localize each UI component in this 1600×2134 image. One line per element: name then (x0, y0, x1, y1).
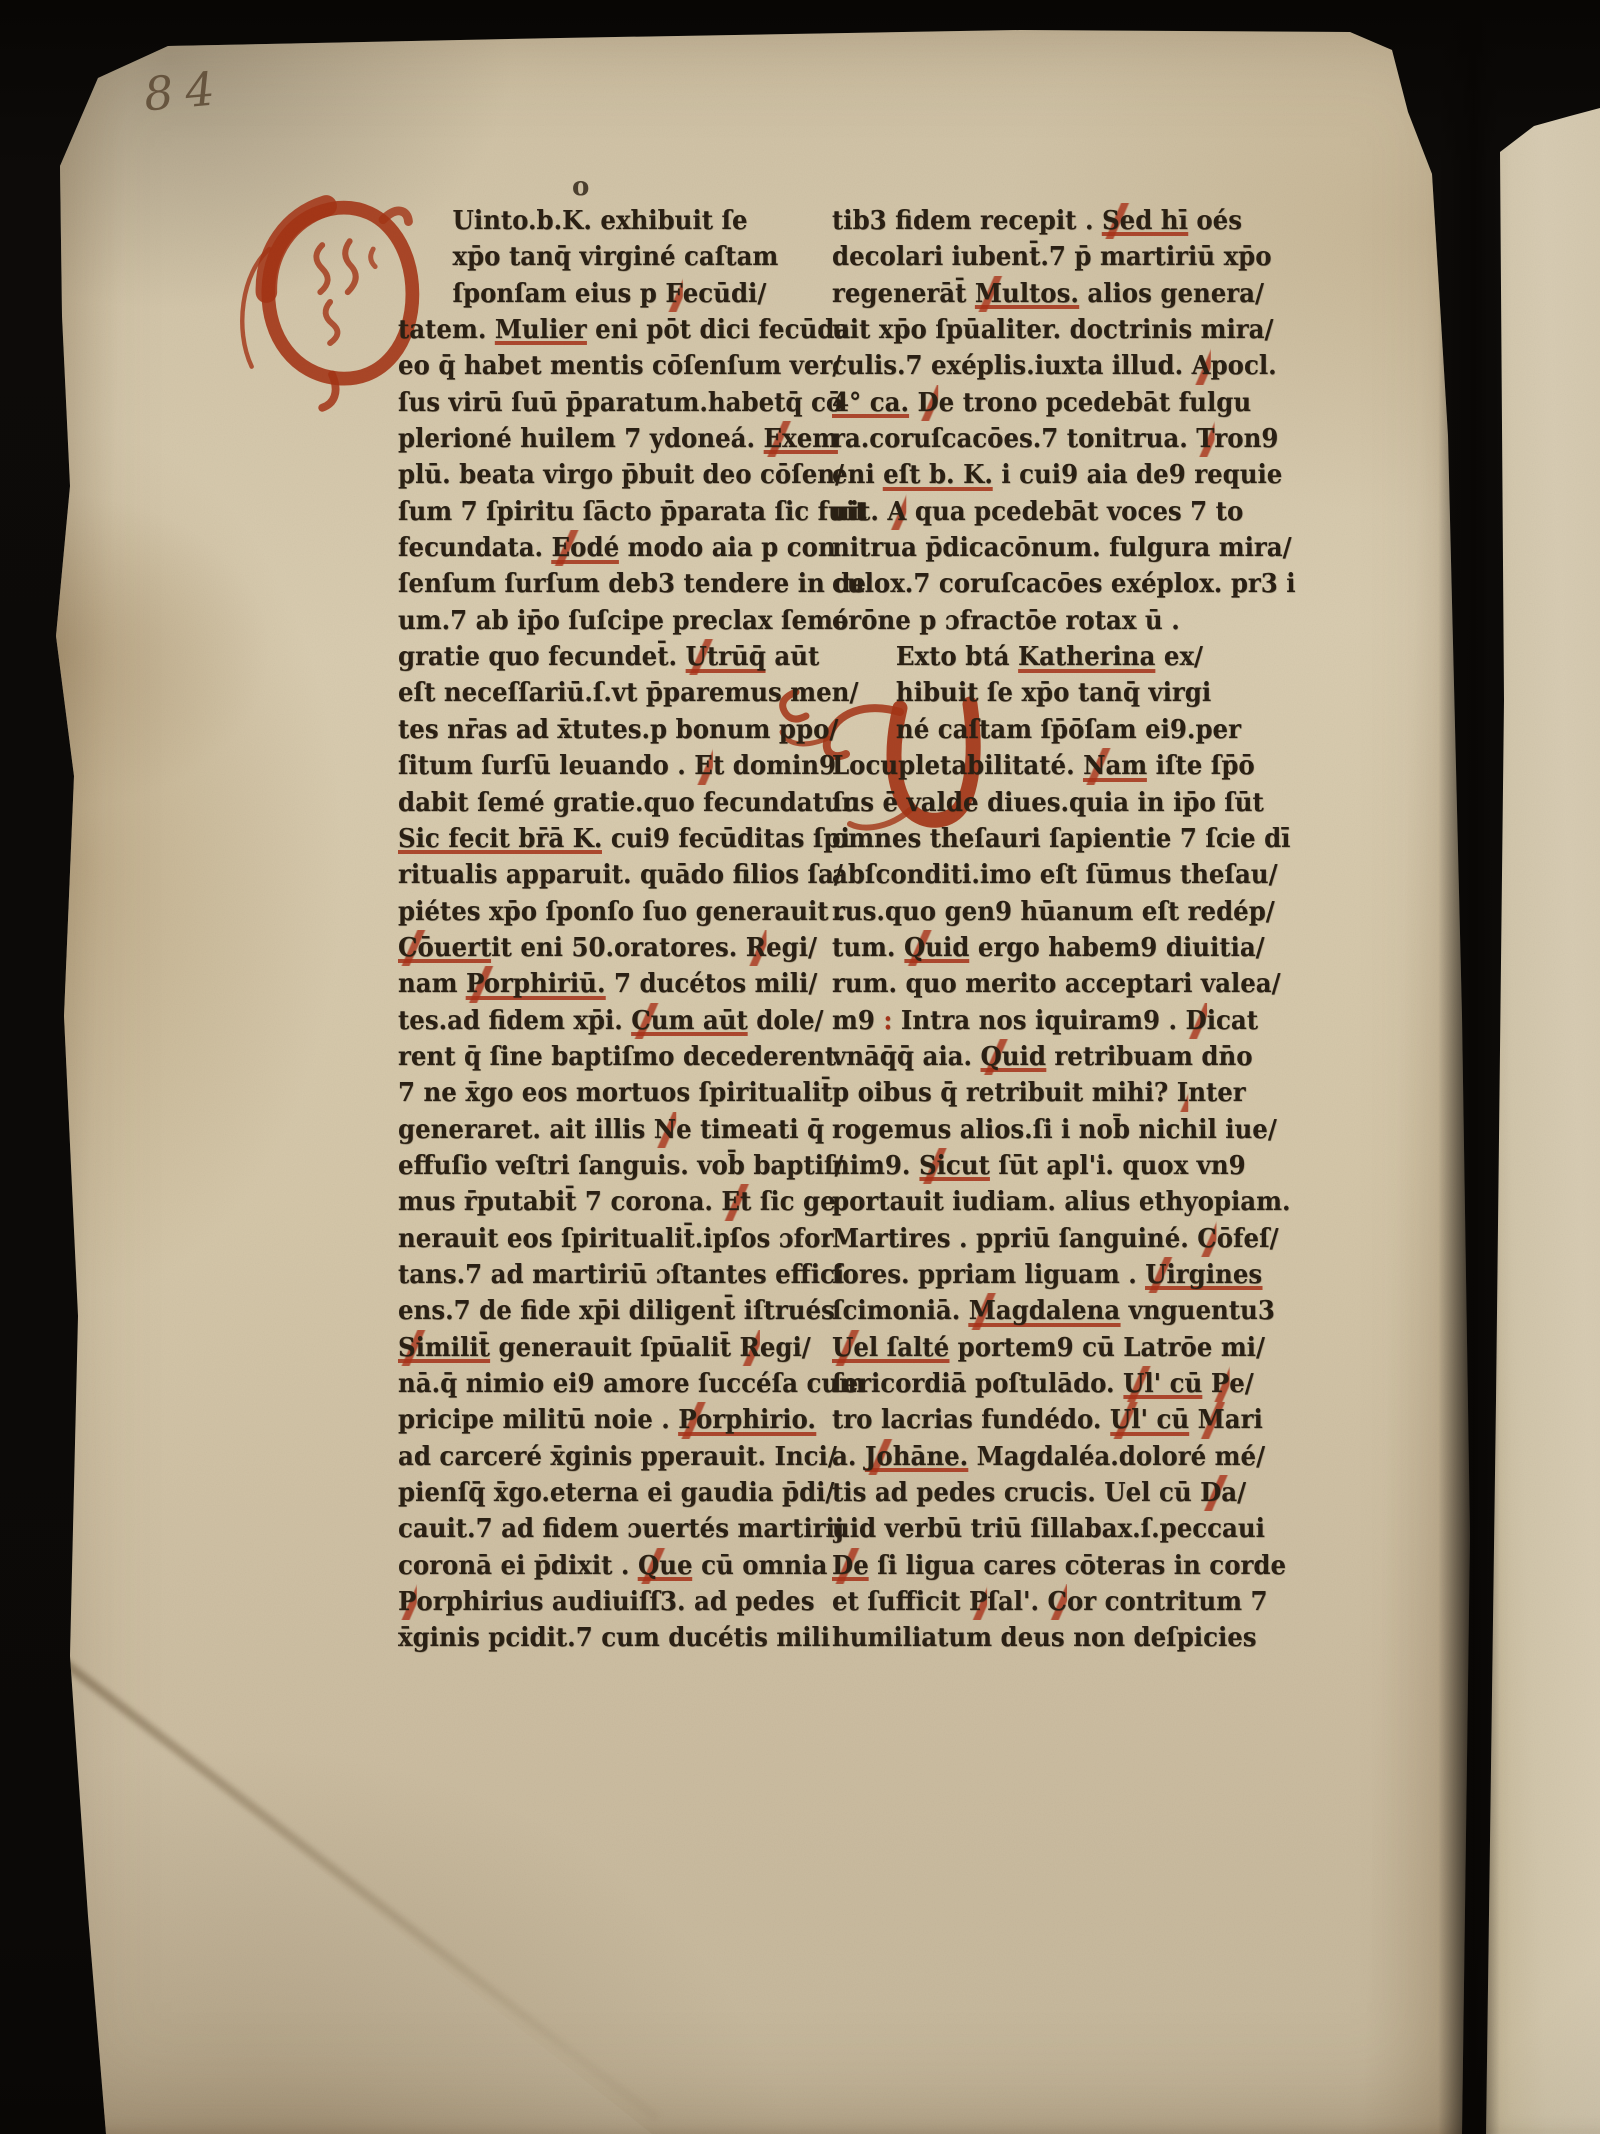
text-line: fecundata. Eodé modo aia p con (398, 530, 867, 566)
text-segment: uid verbū triū ſillabax.ſ.peccaui (832, 1511, 1265, 1547)
text-line: ens.7 de fide xp̄i diligent̄ iſtrués (398, 1293, 867, 1329)
text-segment: P (398, 1584, 416, 1620)
text-segment: ſus virū ſuū p̄paratum.habetq̄ cō (398, 385, 842, 421)
text-segment: Uel ſalté (832, 1330, 949, 1366)
text-line: m9 : Intra nos iquiram9 . Dicat (832, 1003, 1296, 1039)
text-segment: e trono pcedebāt fulgu (939, 385, 1251, 421)
text-line: ſum 7 ſpiritu ſācto p̄parata ſic fuit (398, 494, 867, 530)
text-line: et ſufficit Pſal'. Cor contritum 7 (832, 1584, 1296, 1620)
text-line: piétes xp̄o ſponſo ſuo generauit . (398, 894, 867, 930)
text-line: nim9. Sicut ſūt apl'i. quox vn9 (832, 1148, 1296, 1184)
text-segment: ſericordiā poſtulādo. (832, 1366, 1123, 1402)
text-segment: P (1211, 1366, 1229, 1402)
text-segment: iſte ſp̄ō (1147, 748, 1255, 784)
text-segment: ōfeſ/ (1217, 1221, 1279, 1257)
text-segment: tro lacrias fundédo. (832, 1402, 1110, 1438)
text-segment: D (1185, 1003, 1206, 1039)
text-segment: nam (398, 966, 466, 1002)
text-segment: Cum aūt (631, 1003, 747, 1039)
text-segment: 4° ca. (832, 385, 909, 421)
text-segment: cui9 fecūditas ſpi (602, 821, 849, 857)
text-segment: tans.7 ad martiriū ɔſtantes effici (398, 1257, 844, 1293)
text-segment: aūt (766, 639, 819, 675)
gutter-shadow (1438, 0, 1500, 2134)
text-segment: uit. (832, 494, 887, 530)
text-segment: egi/ (760, 1330, 811, 1366)
text-line: humiliatum deus non deſpicies (832, 1620, 1296, 1656)
text-segment: tis ad pedes crucis. Uel cū (832, 1475, 1200, 1511)
text-segment: fecundata. (398, 530, 552, 566)
text-segment: nerauit eos ſpiritualit̄.ipſos ɔfor (398, 1221, 833, 1257)
text-segment: eni pōt dici fecūda (587, 312, 850, 348)
text-segment: ra.coruſcacōes.7 tonitrua. (832, 421, 1196, 457)
text-segment: Mulier (495, 312, 587, 348)
text-segment: mus r̄putabit̄ 7 corona. (398, 1184, 721, 1220)
text-segment: Similit̄ (398, 1330, 490, 1366)
text-segment: ſūt apl'i. quox vn9 (990, 1148, 1246, 1184)
text-segment: T (1196, 421, 1214, 457)
text-segment: Ul' cū (1123, 1366, 1202, 1402)
text-segment: Ul' cū (1110, 1402, 1189, 1438)
text-line: decolari iubent̄.7 p̄ martiriū xp̄o (832, 239, 1296, 275)
text-segment: humiliatum deus non deſpicies (832, 1620, 1257, 1656)
text-segment: ex/ (1155, 639, 1203, 675)
text-segment: cauit.7 ad fidem ɔuertés martirij (398, 1511, 844, 1547)
text-segment: e timeati q̄ (676, 1112, 824, 1148)
text-segment (1189, 1402, 1198, 1438)
text-segment: generaret. ait illis (398, 1112, 654, 1148)
text-line: uit xp̄o ſpūaliter. doctrinis mira/ (832, 312, 1296, 348)
text-line: ſitum ſurſū leuando . Et domin9 (398, 748, 867, 784)
text-line: eo q̄ habet mentis cōſenſum ver/ (398, 348, 867, 384)
text-segment: orphirius audiuiſſ3. ad pedes (416, 1584, 814, 1620)
text-line: eni eſt b. K. i cui9 aia de9 requie (832, 457, 1296, 493)
text-segment: generauit ſpūalit̄ (490, 1330, 740, 1366)
text-line: Sic fecit br̄ā K. cui9 fecūditas ſpi (398, 821, 867, 857)
text-segment: eni (832, 457, 883, 493)
text-segment: pienſq̄ x̄go.eterna ei gaudia p̄di/ (398, 1475, 834, 1511)
text-segment: Utrūq̄ (686, 639, 766, 675)
text-segment: plerioné huilem 7 ydoneá. (398, 421, 764, 457)
text-line: cauit.7 ad fidem ɔuertés martirij (398, 1511, 867, 1547)
text-segment: alios genera/ (1079, 276, 1264, 312)
text-segment: nitrua p̄dicacōnum. fulgura mira/ (832, 530, 1292, 566)
text-line: tes.ad fidem xp̄i. Cum aūt dole/ (398, 1003, 867, 1039)
text-segment: A (887, 494, 906, 530)
text-segment: / (1237, 1475, 1246, 1511)
text-line: nerauit eos ſpiritualit̄.ipſos ɔfor (398, 1221, 867, 1257)
text-line: tib3 fidem recepit . Sed hī oés (832, 203, 1296, 239)
text-segment: portauit iudiam. alius ethyopiam. (832, 1184, 1291, 1220)
text-line: Exto btá Katherina ex/ (832, 639, 1296, 675)
text-segment: Uirgines (1145, 1257, 1262, 1293)
text-line: plerioné huilem 7 ydoneá. Exem (398, 421, 867, 457)
text-segment: E (694, 748, 713, 784)
text-line: uit. A qua pcedebāt voces 7 to (832, 494, 1296, 530)
text-segment: ergo habem9 diuitia/ (969, 930, 1264, 966)
text-segment: eſt neceſſariū.ſ.vt p̄paremus men/ (398, 675, 858, 711)
text-segment: hibuit ſe xp̄o tanq̄ virgi (896, 675, 1211, 711)
text-line: a. Johāne. Magdaléa.doloré mé/ (832, 1439, 1296, 1475)
text-line: ſus virū ſuū p̄paratum.habetq̄ cō (398, 385, 867, 421)
text-segment: Exto btá (896, 639, 1018, 675)
folio-number: 84 (142, 64, 228, 117)
text-segment: rus.quo gen9 hūanum eſt redép/ (832, 894, 1275, 930)
text-segment: decolari iubent̄.7 p̄ martiriū xp̄o (832, 239, 1272, 275)
text-line: mus r̄putabit̄ 7 corona. Et ſic ge (398, 1184, 867, 1220)
text-segment: e/ (1229, 1366, 1253, 1402)
text-segment: dabit ſemé gratie.quo fecundatur (398, 785, 855, 821)
text-segment: ari (1225, 1402, 1263, 1438)
text-segment: ſus ē valde diues.quia in ip̄o ſūt (832, 785, 1264, 821)
text-line: omnes theſauri ſapientie 7 ſcie dī (832, 821, 1296, 857)
text-segment: nā.q̄ nimio ei9 amore ſuccéſa cum (398, 1366, 865, 1402)
text-segment: I (1177, 1075, 1188, 1111)
text-line: rent q̄ ſine baptiſmo decederent (398, 1039, 867, 1075)
text-segment: pricipe militū noie . (398, 1402, 678, 1438)
text-segment: x̄ginis pcidit.7 cum ducétis mili (398, 1620, 830, 1656)
text-segment: coronā ei p̄dixit . (398, 1548, 638, 1584)
text-segment: Nam (1083, 748, 1147, 784)
text-segment: oés (1188, 203, 1242, 239)
text-line: Cōuertit eni 50.oratores. Regi/ (398, 930, 867, 966)
text-line: gratie quo fecundet̄. Utrūq̄ aūt (398, 639, 867, 675)
text-line: rus.quo gen9 hūanum eſt redép/ (832, 894, 1296, 930)
text-segment: p oibus q̄ retribuit mihi? (832, 1075, 1177, 1111)
text-segment: eo q̄ habet mentis cōſenſum ver/ (398, 348, 841, 384)
text-segment: omnes theſauri ſapientie 7 ſcie dī (832, 821, 1290, 857)
text-line: culox.7 coruſcacōes exéplox. pr3 i (832, 566, 1296, 602)
text-segment: gratie quo fecundet̄. (398, 639, 686, 675)
text-segment: rum. quo merito acceptari valea/ (832, 966, 1281, 1002)
text-line: Uinto.b.K. exhibuit ſe (398, 203, 867, 239)
text-line: ſponſam eius p Fecūdi/ (398, 276, 867, 312)
text-line: tes nr̄as ad x̄tutes.p bonum ppo/ (398, 712, 867, 748)
text-segment: Magdaléa.doloré mé/ (968, 1439, 1265, 1475)
text-segment: Quid (904, 930, 969, 966)
text-line: tans.7 ad martiriū ɔſtantes effici (398, 1257, 867, 1293)
text-line: Uel ſalté portem9 cū Latrōe mi/ (832, 1330, 1296, 1366)
text-line: tum. Quid ergo habem9 diuitia/ (832, 930, 1296, 966)
text-line: culis.7 exéplis.iuxta illud. Apocl. (832, 348, 1296, 384)
text-line: orōne p ɔfractōe rotax ū . (832, 603, 1296, 639)
text-segment: culox.7 coruſcacōes exéplox. pr3 i (832, 566, 1296, 602)
text-line: regenerāt̄ Multos. alios genera/ (832, 276, 1296, 312)
text-segment: tes.ad fidem xp̄i. (398, 1003, 631, 1039)
text-segment: modo aia p con (619, 530, 836, 566)
text-segment: Magdalena (969, 1293, 1120, 1329)
text-segment: abſconditi.imo eſt ſūmus theſau/ (832, 857, 1278, 893)
text-line: De ſi ligua cares cōteras in corde (832, 1548, 1296, 1584)
text-segment: Exem (764, 421, 839, 457)
column-left: Uinto.b.K. exhibuit ſexp̄o tanq̄ virginé… (398, 203, 867, 1657)
text-segment: Uinto.b.K. exhibuit ſe (453, 203, 748, 239)
text-segment: : (883, 1003, 892, 1039)
text-line: tatem. Mulier eni pōt dici fecūda (398, 312, 867, 348)
text-segment: C (1047, 1584, 1066, 1620)
text-segment: R (740, 1330, 760, 1366)
text-line: Similit̄ generauit ſpūalit̄ Regi/ (398, 1330, 867, 1366)
text-line: ſenſum ſurſum deb3 tendere in de (398, 566, 867, 602)
text-line: Martires . ppriū ſanguiné. Cōfeſ/ (832, 1221, 1296, 1257)
text-segment: egi/ (766, 930, 817, 966)
text-line: 7 ne x̄go eos mortuos ſpiritualit̄ (398, 1075, 867, 1111)
text-line: eſt neceſſariū.ſ.vt p̄paremus men/ (398, 675, 867, 711)
text-segment: cū omnia (693, 1548, 828, 1584)
text-line: effuſio veſtri ſanguis. vob̄ baptiſ/ (398, 1148, 867, 1184)
text-segment: tatem. (398, 312, 495, 348)
text-segment: F (665, 276, 682, 312)
text-segment: A (1192, 348, 1211, 384)
text-segment: et ſufficit (832, 1584, 969, 1620)
text-line: vnāq̄q̄ aia. Quid retribuam dn̄o (832, 1039, 1296, 1075)
text-segment: ſponſam eius p (453, 276, 666, 312)
text-segment: 7 ne x̄go eos mortuos ſpiritualit̄ (398, 1075, 832, 1111)
text-segment: Porphirio. (678, 1402, 816, 1438)
text-segment: rent q̄ ſine baptiſmo decederent (398, 1039, 836, 1075)
text-line: rogemus alios.ſi i nob̄ nichil iue/ (832, 1112, 1296, 1148)
text-segment: Porphiriū. (466, 966, 605, 1002)
text-segment: Da (1200, 1475, 1237, 1511)
text-line: dabit ſemé gratie.quo fecundatur (398, 785, 867, 821)
text-segment: m9 (832, 1003, 883, 1039)
text-segment: piétes xp̄o ſponſo ſuo generauit . (398, 894, 846, 930)
text-segment: ſenſum ſurſum deb3 tendere in de (398, 566, 866, 602)
text-segment: né caſtam ſp̄ōſam ei9.per (896, 712, 1241, 748)
text-segment: tes nr̄as ad x̄tutes.p bonum ppo/ (398, 712, 838, 748)
text-line: Locupletabilitaté. Nam iſte ſp̄ō (832, 748, 1296, 784)
text-line: plū. beata virgo p̄buit deo cōſen/ (398, 457, 867, 493)
text-segment: regenerāt̄ (832, 276, 975, 312)
text-line: p oibus q̄ retribuit mihi? Inter (832, 1075, 1296, 1111)
text-line: ſores. ppriam liguam . Uirgines (832, 1257, 1296, 1293)
text-segment: ſitum ſurſū leuando . (398, 748, 694, 784)
text-line: Porphirius audiuiſſ3. ad pedes (398, 1584, 867, 1620)
text-line: uid verbū triū ſillabax.ſ.peccaui (832, 1511, 1296, 1547)
text-segment: um.7 ab ip̄o ſuſcipe preclax ſemé (398, 603, 848, 639)
text-segment: uit xp̄o ſpūaliter. doctrinis mira/ (832, 312, 1273, 348)
text-line: rum. quo merito acceptari valea/ (832, 966, 1296, 1002)
text-segment: ad carceré x̄ginis pperauit. Inci/ (398, 1439, 837, 1475)
text-segment: tum. (832, 930, 904, 966)
text-segment: xp̄o tanq̄ virginé caſtam (453, 239, 779, 275)
text-segment: plū. beata virgo p̄buit deo cōſen/ (398, 457, 844, 493)
text-segment: vnguentu3 (1120, 1293, 1275, 1329)
text-line: coronā ei p̄dixit . Que cū omnia (398, 1548, 867, 1584)
text-segment: Sic fecit br̄ā K. (398, 821, 602, 857)
text-segment: qua pcedebāt voces 7 to (906, 494, 1243, 530)
text-segment: ſi ligua cares cōteras in corde (869, 1548, 1286, 1584)
text-segment: icat (1207, 1003, 1258, 1039)
text-segment: Sed hī (1102, 203, 1188, 239)
text-line: x̄ginis pcidit.7 cum ducétis mili (398, 1620, 867, 1656)
text-segment: i cui9 aia de9 requie (993, 457, 1282, 493)
text-segment: ſal'. (987, 1584, 1047, 1620)
text-segment: R (746, 930, 766, 966)
text-segment: vnāq̄q̄ aia. (832, 1039, 980, 1075)
text-segment: ron9 (1214, 421, 1278, 457)
text-segment: ſcimoniā. (832, 1293, 969, 1329)
text-segment: ſum 7 ſpiritu ſācto p̄parata ſic fuit (398, 494, 867, 530)
text-segment: ſores. ppriam liguam . (832, 1257, 1145, 1293)
text-line: abſconditi.imo eſt ſūmus theſau/ (832, 857, 1296, 893)
text-segment: Katherina (1018, 639, 1155, 675)
text-segment: ritualis apparuit. quādo filios ſa/ (398, 857, 843, 893)
text-segment (909, 385, 918, 421)
text-segment: culis.7 exéplis.iuxta illud. (832, 348, 1192, 384)
text-line: nā.q̄ nimio ei9 amore ſuccéſa cum (398, 1366, 867, 1402)
text-segment: Multos. (975, 276, 1079, 312)
text-segment: C (1197, 1221, 1216, 1257)
text-segment: ens.7 de fide xp̄i diligent̄ iſtrués (398, 1293, 835, 1329)
text-line: portauit iudiam. alius ethyopiam. (832, 1184, 1296, 1220)
column-right: tib3 fidem recepit . Sed hī oésdecolari … (832, 203, 1296, 1657)
text-line: generaret. ait illis Ne timeati q̄ (398, 1112, 867, 1148)
text-segment: Intra nos iquiram9 . (892, 1003, 1185, 1039)
text-line: ſus ē valde diues.quia in ip̄o ſūt (832, 785, 1296, 821)
text-segment: De (832, 1548, 869, 1584)
text-segment: portem9 cū Latrōe mi/ (949, 1330, 1265, 1366)
text-segment: rogemus alios.ſi i nob̄ nichil iue/ (832, 1112, 1277, 1148)
text-segment: ecūdi/ (683, 276, 767, 312)
text-line: tis ad pedes crucis. Uel cū Da/ (832, 1475, 1296, 1511)
text-segment: N (654, 1112, 676, 1148)
text-segment (1202, 1366, 1211, 1402)
text-line: nitrua p̄dicacōnum. fulgura mira/ (832, 530, 1296, 566)
text-line: ſcimoniā. Magdalena vnguentu3 (832, 1293, 1296, 1329)
text-line: nam Porphiriū. 7 ducétos mili/ (398, 966, 867, 1002)
text-segment: it eni 50.oratores. (491, 930, 746, 966)
text-line: ſericordiā poſtulādo. Ul' cū Pe/ (832, 1366, 1296, 1402)
text-segment: Johāne. (865, 1439, 968, 1475)
text-segment: ſic ge (751, 1184, 835, 1220)
text-line: né caſtam ſp̄ōſam ei9.per (832, 712, 1296, 748)
text-segment: Martires . ppriū ſanguiné. (832, 1221, 1197, 1257)
text-line: tro lacrias fundédo. Ul' cū Mari (832, 1402, 1296, 1438)
text-line: pienſq̄ x̄go.eterna ei gaudia p̄di/ (398, 1475, 867, 1511)
text-segment: pocl. (1211, 348, 1277, 384)
text-segment: t domin9 (713, 748, 836, 784)
text-segment: Locupletabilitaté. (832, 748, 1083, 784)
text-segment: or contritum 7 (1067, 1584, 1268, 1620)
text-segment: eſt b. K. (883, 457, 993, 493)
text-segment: 7 ducétos mili/ (605, 966, 817, 1002)
text-line: ritualis apparuit. quādo filios ſa/ (398, 857, 867, 893)
text-segment: retribuam dn̄o (1046, 1039, 1253, 1075)
text-segment: Sicut (919, 1148, 990, 1184)
text-line: um.7 ab ip̄o ſuſcipe preclax ſemé (398, 603, 867, 639)
text-line: pricipe militū noie . Porphirio. (398, 1402, 867, 1438)
text-segment: Quid (980, 1039, 1045, 1075)
text-segment: P (969, 1584, 987, 1620)
text-segment: Et (721, 1184, 751, 1220)
text-segment: Eodé (552, 530, 620, 566)
text-segment: Que (638, 1548, 693, 1584)
text-segment: Cōuert (398, 930, 491, 966)
text-line: xp̄o tanq̄ virginé caſtam (398, 239, 867, 275)
text-line: hibuit ſe xp̄o tanq̄ virgi (832, 675, 1296, 711)
text-segment: orōne p ɔfractōe rotax ū . (832, 603, 1180, 639)
text-segment: D (917, 385, 938, 421)
text-segment: nim9. (832, 1148, 919, 1184)
text-line: 4° ca. De trono pcedebāt fulgu (832, 385, 1296, 421)
text-segment: tib3 fidem recepit . (832, 203, 1102, 239)
text-segment: a. (832, 1439, 865, 1475)
text-segment: M (1198, 1402, 1225, 1438)
text-line: ad carceré x̄ginis pperauit. Inci/ (398, 1439, 867, 1475)
photograph-background: 84 o Uinto.b.K. exhibuit ſexp̄o tanq̄ vi… (0, 0, 1600, 2134)
text-segment: dole/ (748, 1003, 824, 1039)
text-segment: nter (1188, 1075, 1245, 1111)
text-segment: effuſio veſtri ſanguis. vob̄ baptiſ/ (398, 1148, 843, 1184)
handwritten-correction-mark: o (572, 174, 589, 200)
text-line: ra.coruſcacōes.7 tonitrua. Tron9 (832, 421, 1296, 457)
